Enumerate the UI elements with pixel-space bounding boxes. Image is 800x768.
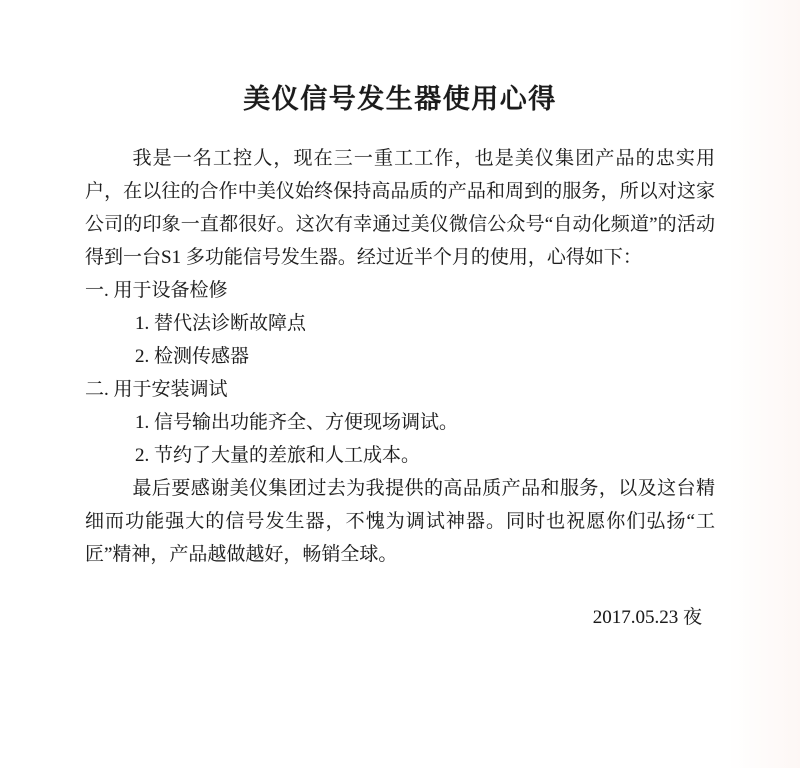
section-heading-installation-debugging: 二. 用于安装调试 — [85, 373, 715, 406]
date-line: 2017.05.23 夜 — [85, 601, 715, 634]
intro-paragraph: 我是一名工控人，现在三一重工工作，也是美仪集团产品的忠实用户，在以往的合作中美仪… — [85, 142, 715, 274]
list-item: 2. 检测传感器 — [85, 340, 715, 373]
scanned-document-page: 美仪信号发生器使用心得 我是一名工控人，现在三一重工工作，也是美仪集团产品的忠实… — [0, 0, 800, 768]
section-heading-equipment-maintenance: 一. 用于设备检修 — [85, 274, 715, 307]
list-item: 2. 节约了大量的差旅和人工成本。 — [85, 439, 715, 472]
closing-paragraph: 最后要感谢美仪集团过去为我提供的高品质产品和服务，以及这台精细而功能强大的信号发… — [85, 472, 715, 571]
document-title: 美仪信号发生器使用心得 — [85, 84, 715, 114]
document-body: 我是一名工控人，现在三一重工工作，也是美仪集团产品的忠实用户，在以往的合作中美仪… — [85, 142, 715, 634]
list-item: 1. 信号输出功能齐全、方便现场调试。 — [85, 406, 715, 439]
list-item: 1. 替代法诊断故障点 — [85, 307, 715, 340]
